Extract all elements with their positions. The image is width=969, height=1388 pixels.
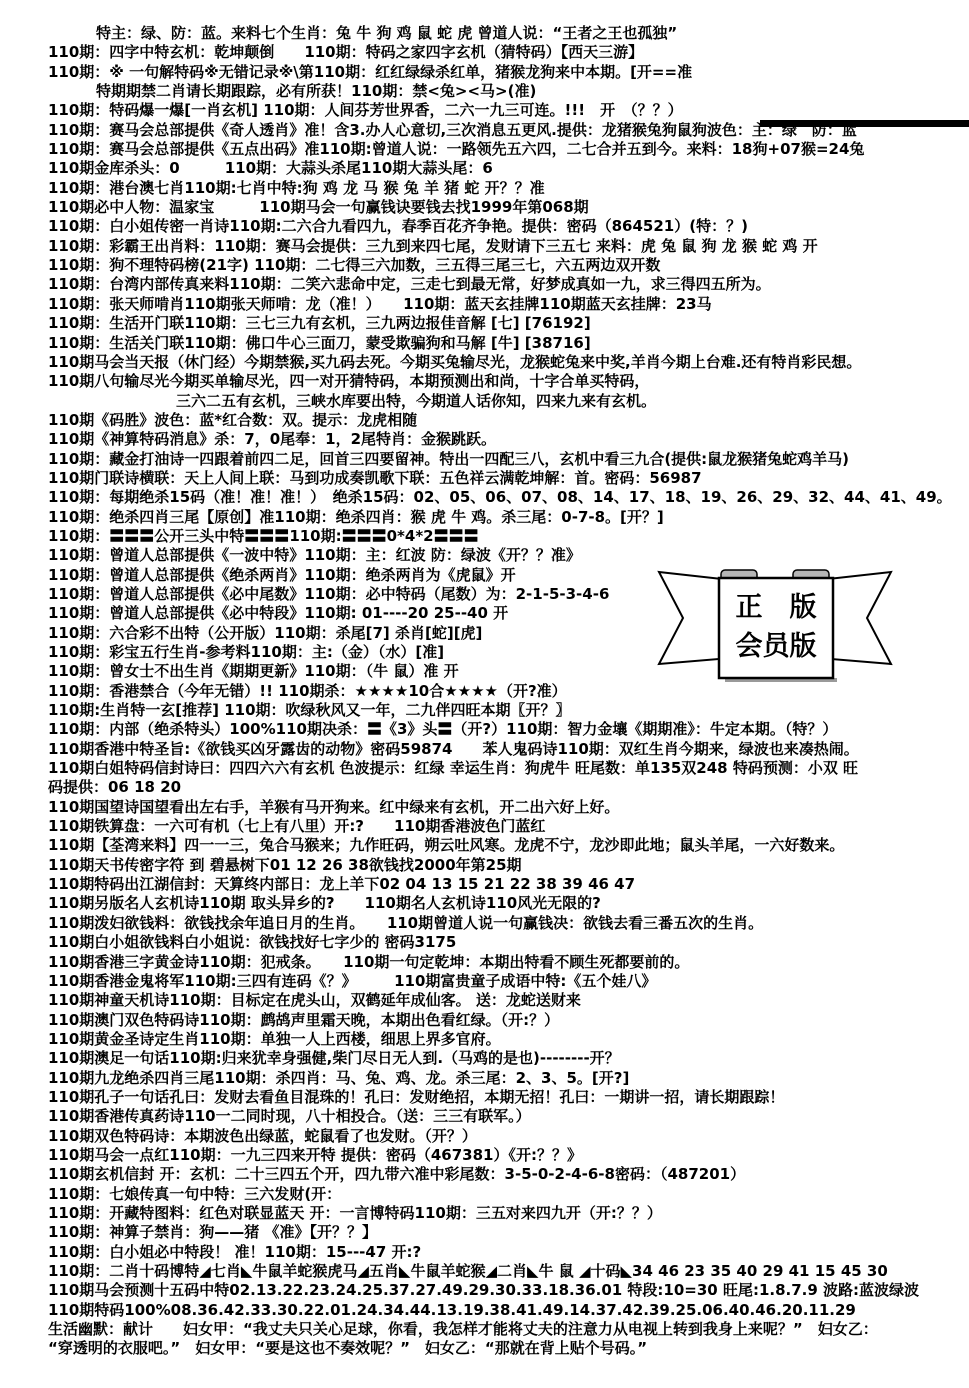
text-line: 110期九龙绝杀四肖三尾110期：杀四肖：马、兔、鸡、龙。杀三尾：2、3、5。[… — [48, 1069, 969, 1088]
text-line: 110期【荃湾来料】四一一三，兔合马猴来；九作旺码，朔云吐风寒。龙虎不宁，龙沙即… — [48, 836, 969, 855]
text-line: 110期孔子一句话孔曰：发财去看鱼目混珠的！孔曰：发财绝招，本期无招！孔曰：一期… — [48, 1088, 969, 1107]
text-line: 110期白姐特码信封诗曰：四四六六有玄机 色波提示：红绿 幸运生肖：狗虎牛 旺尾… — [48, 759, 969, 778]
text-line: 110期香港中特圣旨:《欲钱买凶牙露齿的动物》密码59874 苯人鬼码诗110期… — [48, 740, 969, 759]
text-line: 110期另版名人玄机诗110期 取头异乡的? 110期名人玄机诗110风光无限的… — [48, 894, 969, 913]
text-line: 110期铁算盘：一六可有机（七上有八里）开:? 110期香港波色门蓝红 — [48, 817, 969, 836]
text-line: 110期天书传密字符 到 碧悬树下01 12 26 38欲钱找2000年第25期 — [48, 856, 969, 875]
text-line: 110期：※ 一句解特码※无错记录※\第110期：红红绿绿杀红单，猪猴龙狗来中本… — [48, 63, 969, 82]
text-line: 110期泼妇欲钱料：欲钱找余年追日月的生肖。 110期曾道人说一句赢钱决：欲钱去… — [48, 914, 969, 933]
text-line: 110期:生肖特一玄[推荐] 110期：吹绿秋风又一年，二九伴四旺本期〖开？〗 — [48, 701, 969, 720]
text-line: 110期：赛马会总部提供《五点出码》准110期:曾道人说：一路领先五六四，二七合… — [48, 140, 969, 159]
text-line: 110期黄金圣诗定生肖110期：单独一人上西楼，细思上界多官府。 — [48, 1030, 969, 1049]
banner-text-line1: 正 版 — [736, 592, 817, 623]
text-line: 码提供：06 18 20 — [48, 778, 969, 797]
text-line: 110期白小姐欲钱料白小姐说：欲钱找好七字少的 密码3175 — [48, 933, 969, 952]
text-line: 110期：白小姐传密一肖诗110期:二六合九看四九，春季百花齐争艳。提供：密码（… — [48, 217, 969, 236]
text-line: 110期：生活开门联110期：三七三九有玄机，三九两边报佳音解 [七] [761… — [48, 314, 969, 333]
text-line: 110期：七娘传真一句中特：三六发财(开： — [48, 1185, 969, 1204]
text-line: 110期：〓〓〓公开三头中特〓〓〓110期:〓〓〓0*4*2〓〓〓 — [48, 527, 969, 546]
text-line: 生活幽默：献计 妇女甲：“我丈夫只关心足球，你看，我怎样才能将丈夫的注意力从电视… — [48, 1320, 969, 1339]
text-line: 110期《神算特码消息》杀：7，0尾奉：1，2尾特肖：金猴跳跃。 — [48, 430, 969, 449]
text-line: 110期：生活关门联110期：佛口牛心三面刀，蒙受欺骗狗和马解 [牛] [387… — [48, 334, 969, 353]
text-line: 110期：特码爆一爆[一肖玄机] 110期：人间芬芳世界香，二六一九三可连。!!… — [48, 101, 969, 120]
text-line: 110期：四字中特玄机：乾坤颠倒 110期：特码之家四字玄机（猜特码）【西天三游… — [48, 43, 969, 62]
text-line: 110期香港金鬼将军110期:三四有连码《？》 110期富贵童子成语中特:《五个… — [48, 972, 969, 991]
text-line: 110期特码出江湖信封：天算终内部日：龙上羊下02 04 13 15 21 22… — [48, 875, 969, 894]
text-line: 110期澳门双色特码诗110期：鹧鸪声里霜天晚，本期出色看红绿。（开:？） — [48, 1011, 969, 1030]
text-line: 110期：二肖十码博特◢七肖◣牛鼠羊蛇猴虎马◢五肖◣牛鼠羊蛇猴◢二肖◣牛 鼠 ◢… — [48, 1262, 969, 1281]
text-line: 110期香港传真药诗110一二同时现，八十相投合。（送：三三有联军。） — [48, 1107, 969, 1126]
text-line: 110期澳足一句话110期:归来犹幸身强健,柴门尽日无人到.（马鸡的是也)---… — [48, 1049, 969, 1068]
text-line: 110期：白小姐必中特段！ 准！110期：15---47 开:? — [48, 1243, 969, 1262]
banner-text-line2: 会员版 — [736, 631, 817, 662]
text-line: 110期：神算子禁肖：狗——猪 《准》【开？？】 — [48, 1223, 969, 1242]
text-line: 110期：绝杀四肖三尾【原创】准110期：绝杀四肖：猴 虎 牛 鸡。杀三尾：0-… — [48, 508, 969, 527]
text-line: 110期香港三字黄金诗110期：犯戒条。 110期一句定乾坤：本期出特看不顾生死… — [48, 953, 969, 972]
content-lines: 特主：绿、防：蓝。来料七个生肖：兔 牛 狗 鸡 鼠 蛇 虎 曾道人说：“王者之王… — [48, 24, 969, 1359]
text-line: 110期：开藏特图料：红色对联显蓝天 开：一言博特码110期：三五对来四九开（开… — [48, 1204, 969, 1223]
text-line: 110期：香港禁合（今年无错）!! 110期杀：★★★★10合★★★★（开?准） — [48, 682, 969, 701]
text-line: 110期门联诗横联：天上人间上联：马到功成奏凯歌下联：五色祥云满乾坤解：首。密码… — [48, 469, 969, 488]
text-line: 特期期禁二肖请长期跟踪，必有所获！110期：禁<兔><马>(准) — [48, 82, 969, 101]
text-line: 110期：藏金打油诗一四跟着前四二足，回首三四要留神。特出一四配三八，玄机中看三… — [48, 450, 969, 469]
text-line: 110期《码胜》波色：蓝*红合数：双。提示：龙虎相随 — [48, 411, 969, 430]
text-line: 110期神童天机诗110期：目标定在虎头山，双鹤延年成仙客。 送：龙蛇送财来 — [48, 991, 969, 1010]
divider-bar — [760, 120, 969, 127]
text-line: 110期必中人物：温家宝 110期马会一句赢钱诀要钱去找1999年第068期 — [48, 198, 969, 217]
text-line: 110期马会当天报（休门经）今期禁猴,买九码去死。今期买兔输尽光，龙猴蛇兔来中奖… — [48, 353, 969, 372]
text-line: 110期玄机信封 开：玄机：二十三四五个开，四九带六准中彩尾数：3-5-0-2-… — [48, 1165, 969, 1184]
lottery-tip-sheet: 特主：绿、防：蓝。来料七个生肖：兔 牛 狗 鸡 鼠 蛇 虎 曾道人说：“王者之王… — [0, 0, 969, 1388]
text-line: 110期八句输尽光今期买单输尽光，四一对开猜特码，本期预测出和尚，十字合单买特码… — [48, 372, 969, 391]
text-line: 110期：港台澳七肖110期:七肖中特:狗 鸡 龙 马 猴 兔 羊 猪 蛇 开？… — [48, 179, 969, 198]
text-line: 110期：内部（绝杀特头）100%110期决杀：〓《3》头〓（开?）110期：智… — [48, 720, 969, 739]
text-line: “穿透明的衣服吧。” 妇女甲：“要是这也不奏效呢？” 妇女乙：“那就在背上贴个号… — [48, 1339, 969, 1358]
text-line: 110期：台湾内部传真来料110期：二笑六悲命中定，三走七到最无常，好梦成真如一… — [48, 275, 969, 294]
text-line: 110期金库杀头：0 110期：大蒜头杀尾110期大蒜头尾：6 — [48, 159, 969, 178]
text-line: 110期：张天师啃肖110期张天师啃：龙（准！） 110期：蓝天玄挂牌110期蓝… — [48, 295, 969, 314]
edition-banner: 正 版 会员版 — [645, 558, 905, 684]
text-line: 110期：每期绝杀15码（准！准！准！） 绝杀15码：02、05、06、07、0… — [48, 488, 969, 507]
text-line: 110期国望诗国望看出左右手，羊猴有马开狗来。红中绿来有玄机，开二出六好上好。 — [48, 798, 969, 817]
text-line: 110期双色特码诗：本期波色出绿蓝，蛇鼠看了也发财。（开？） — [48, 1127, 969, 1146]
text-line: 110期特码100%08.36.42.33.30.22.01.24.34.44.… — [48, 1301, 969, 1320]
text-line: 110期马会预测十五码中特02.13.22.23.24.25.37.27.49.… — [48, 1281, 969, 1300]
text-line: 110期马会一点红110期：一九三四来开特 提供：密码（467381）《开:？？… — [48, 1146, 969, 1165]
text-line: 三六二五有玄机，三峡水库要出特，今期道人话你知，四来九来有玄机。 — [48, 392, 969, 411]
text-line: 110期：狗不理特码榜(21字) 110期：二七得三六加数，三五得三尾三七，六五… — [48, 256, 969, 275]
text-line: 110期：彩霸王出肖料：110期：赛马会提供：三九到来四七尾，发财请下三五七 来… — [48, 237, 969, 256]
text-line: 特主：绿、防：蓝。来料七个生肖：兔 牛 狗 鸡 鼠 蛇 虎 曾道人说：“王者之王… — [48, 24, 969, 43]
